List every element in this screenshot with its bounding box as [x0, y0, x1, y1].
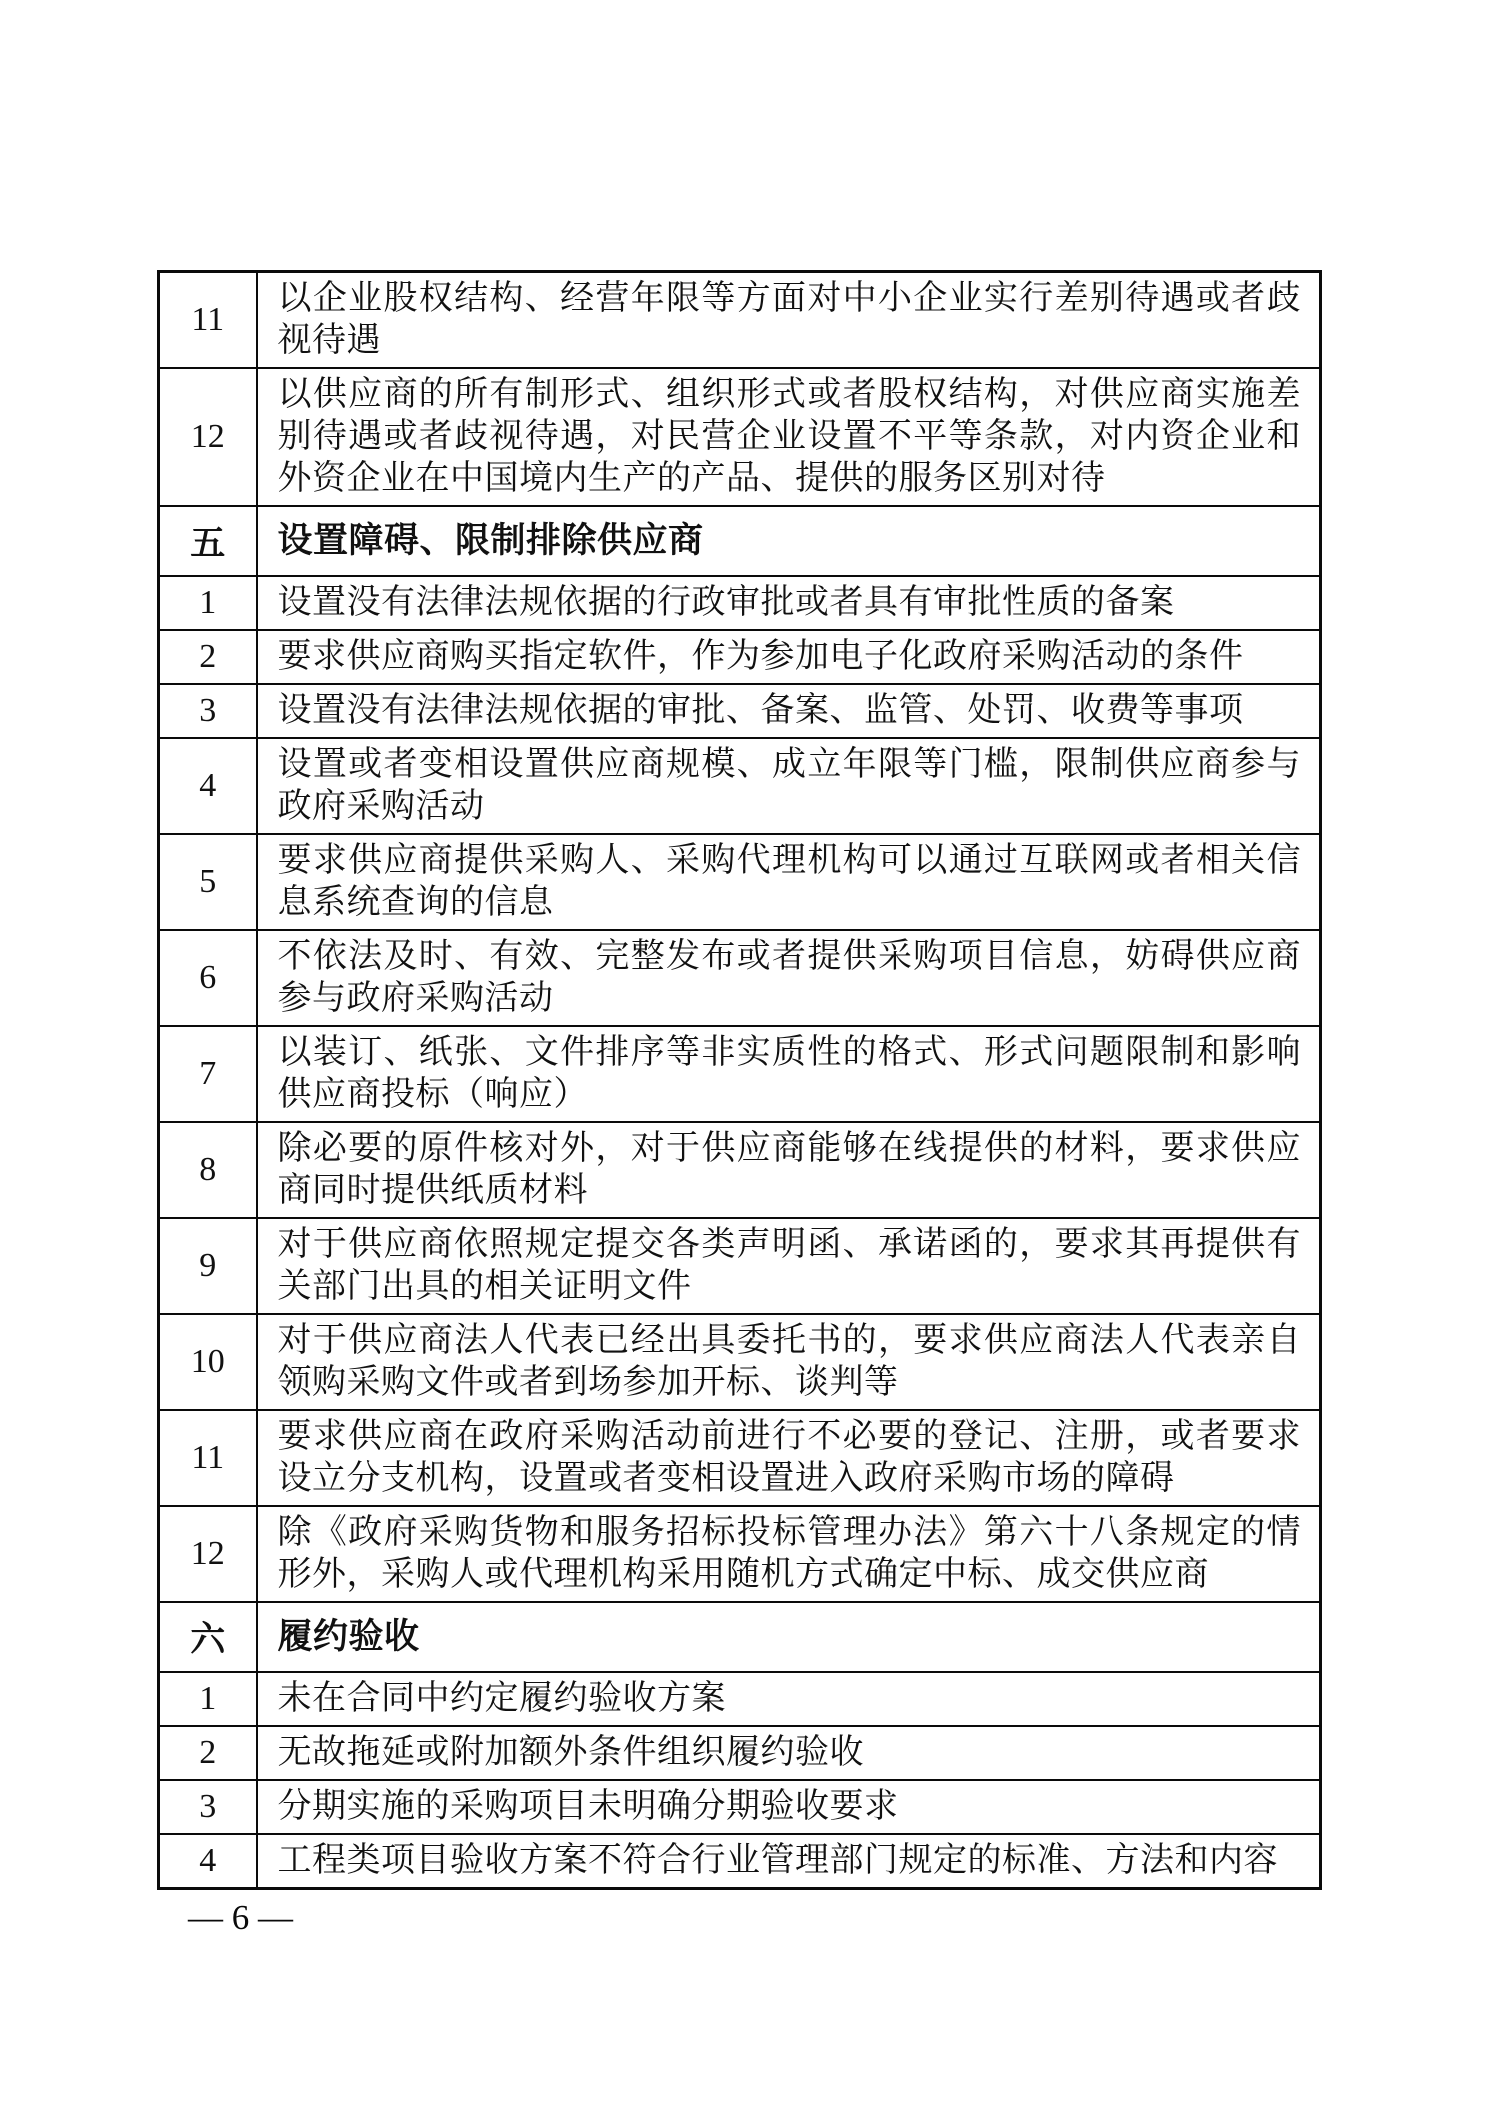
table-row: 1未在合同中约定履约验收方案	[159, 1672, 1321, 1726]
row-number-cell: 5	[159, 834, 257, 930]
table-row: 11要求供应商在政府采购活动前进行不必要的登记、注册，或者要求设立分支机构，设置…	[159, 1410, 1321, 1506]
row-number-cell: 六	[159, 1602, 257, 1672]
row-text-cell: 除必要的原件核对外，对于供应商能够在线提供的材料，要求供应商同时提供纸质材料	[257, 1122, 1321, 1218]
violation-checklist-table: 11以企业股权结构、经营年限等方面对中小企业实行差别待遇或者歧视待遇12以供应商…	[157, 270, 1322, 1890]
row-number-cell: 4	[159, 738, 257, 834]
row-text-cell: 工程类项目验收方案不符合行业管理部门规定的标准、方法和内容	[257, 1834, 1321, 1889]
row-number-cell: 7	[159, 1026, 257, 1122]
table-row: 2无故拖延或附加额外条件组织履约验收	[159, 1726, 1321, 1780]
row-number-cell: 2	[159, 630, 257, 684]
row-number-cell: 11	[159, 272, 257, 369]
section-title-cell: 履约验收	[257, 1602, 1321, 1672]
row-text-cell: 设置或者变相设置供应商规模、成立年限等门槛，限制供应商参与政府采购活动	[257, 738, 1321, 834]
row-text-cell: 以企业股权结构、经营年限等方面对中小企业实行差别待遇或者歧视待遇	[257, 272, 1321, 369]
row-number-cell: 11	[159, 1410, 257, 1506]
table-body: 11以企业股权结构、经营年限等方面对中小企业实行差别待遇或者歧视待遇12以供应商…	[159, 272, 1321, 1889]
section-title-cell: 设置障碍、限制排除供应商	[257, 506, 1321, 576]
row-text-cell: 设置没有法律法规依据的审批、备案、监管、处罚、收费等事项	[257, 684, 1321, 738]
table-row: 5要求供应商提供采购人、采购代理机构可以通过互联网或者相关信息系统查询的信息	[159, 834, 1321, 930]
row-number-cell: 3	[159, 684, 257, 738]
violation-checklist-table-container: 11以企业股权结构、经营年限等方面对中小企业实行差别待遇或者歧视待遇12以供应商…	[157, 270, 1322, 1890]
row-number-cell: 9	[159, 1218, 257, 1314]
row-text-cell: 不依法及时、有效、完整发布或者提供采购项目信息，妨碍供应商参与政府采购活动	[257, 930, 1321, 1026]
row-text-cell: 分期实施的采购项目未明确分期验收要求	[257, 1780, 1321, 1834]
table-row: 3分期实施的采购项目未明确分期验收要求	[159, 1780, 1321, 1834]
table-row: 11以企业股权结构、经营年限等方面对中小企业实行差别待遇或者歧视待遇	[159, 272, 1321, 369]
table-row: 12除《政府采购货物和服务招标投标管理办法》第六十八条规定的情形外，采购人或代理…	[159, 1506, 1321, 1602]
row-text-cell: 对于供应商依照规定提交各类声明函、承诺函的，要求其再提供有关部门出具的相关证明文…	[257, 1218, 1321, 1314]
table-row: 1设置没有法律法规依据的行政审批或者具有审批性质的备案	[159, 576, 1321, 630]
row-number-cell: 12	[159, 1506, 257, 1602]
row-number-cell: 10	[159, 1314, 257, 1410]
row-text-cell: 未在合同中约定履约验收方案	[257, 1672, 1321, 1726]
row-number-cell: 五	[159, 506, 257, 576]
table-row: 8除必要的原件核对外，对于供应商能够在线提供的材料，要求供应商同时提供纸质材料	[159, 1122, 1321, 1218]
row-number-cell: 1	[159, 1672, 257, 1726]
table-row: 3设置没有法律法规依据的审批、备案、监管、处罚、收费等事项	[159, 684, 1321, 738]
table-row: 4工程类项目验收方案不符合行业管理部门规定的标准、方法和内容	[159, 1834, 1321, 1889]
row-text-cell: 对于供应商法人代表已经出具委托书的，要求供应商法人代表亲自领购采购文件或者到场参…	[257, 1314, 1321, 1410]
table-row: 4设置或者变相设置供应商规模、成立年限等门槛，限制供应商参与政府采购活动	[159, 738, 1321, 834]
page-number: — 6 —	[188, 1898, 293, 1938]
row-number-cell: 6	[159, 930, 257, 1026]
row-number-cell: 8	[159, 1122, 257, 1218]
row-number-cell: 4	[159, 1834, 257, 1889]
row-text-cell: 要求供应商在政府采购活动前进行不必要的登记、注册，或者要求设立分支机构，设置或者…	[257, 1410, 1321, 1506]
row-number-cell: 2	[159, 1726, 257, 1780]
row-text-cell: 要求供应商购买指定软件，作为参加电子化政府采购活动的条件	[257, 630, 1321, 684]
section-header-row: 五设置障碍、限制排除供应商	[159, 506, 1321, 576]
table-row: 10对于供应商法人代表已经出具委托书的，要求供应商法人代表亲自领购采购文件或者到…	[159, 1314, 1321, 1410]
table-row: 6不依法及时、有效、完整发布或者提供采购项目信息，妨碍供应商参与政府采购活动	[159, 930, 1321, 1026]
row-number-cell: 3	[159, 1780, 257, 1834]
section-header-row: 六履约验收	[159, 1602, 1321, 1672]
row-number-cell: 1	[159, 576, 257, 630]
table-row: 7以装订、纸张、文件排序等非实质性的格式、形式问题限制和影响供应商投标（响应）	[159, 1026, 1321, 1122]
row-text-cell: 以装订、纸张、文件排序等非实质性的格式、形式问题限制和影响供应商投标（响应）	[257, 1026, 1321, 1122]
table-row: 2要求供应商购买指定软件，作为参加电子化政府采购活动的条件	[159, 630, 1321, 684]
row-number-cell: 12	[159, 368, 257, 506]
row-text-cell: 要求供应商提供采购人、采购代理机构可以通过互联网或者相关信息系统查询的信息	[257, 834, 1321, 930]
table-row: 12以供应商的所有制形式、组织形式或者股权结构，对供应商实施差别待遇或者歧视待遇…	[159, 368, 1321, 506]
row-text-cell: 无故拖延或附加额外条件组织履约验收	[257, 1726, 1321, 1780]
table-row: 9对于供应商依照规定提交各类声明函、承诺函的，要求其再提供有关部门出具的相关证明…	[159, 1218, 1321, 1314]
row-text-cell: 以供应商的所有制形式、组织形式或者股权结构，对供应商实施差别待遇或者歧视待遇，对…	[257, 368, 1321, 506]
row-text-cell: 除《政府采购货物和服务招标投标管理办法》第六十八条规定的情形外，采购人或代理机构…	[257, 1506, 1321, 1602]
scanned-document-page: 11以企业股权结构、经营年限等方面对中小企业实行差别待遇或者歧视待遇12以供应商…	[0, 0, 1487, 2105]
row-text-cell: 设置没有法律法规依据的行政审批或者具有审批性质的备案	[257, 576, 1321, 630]
